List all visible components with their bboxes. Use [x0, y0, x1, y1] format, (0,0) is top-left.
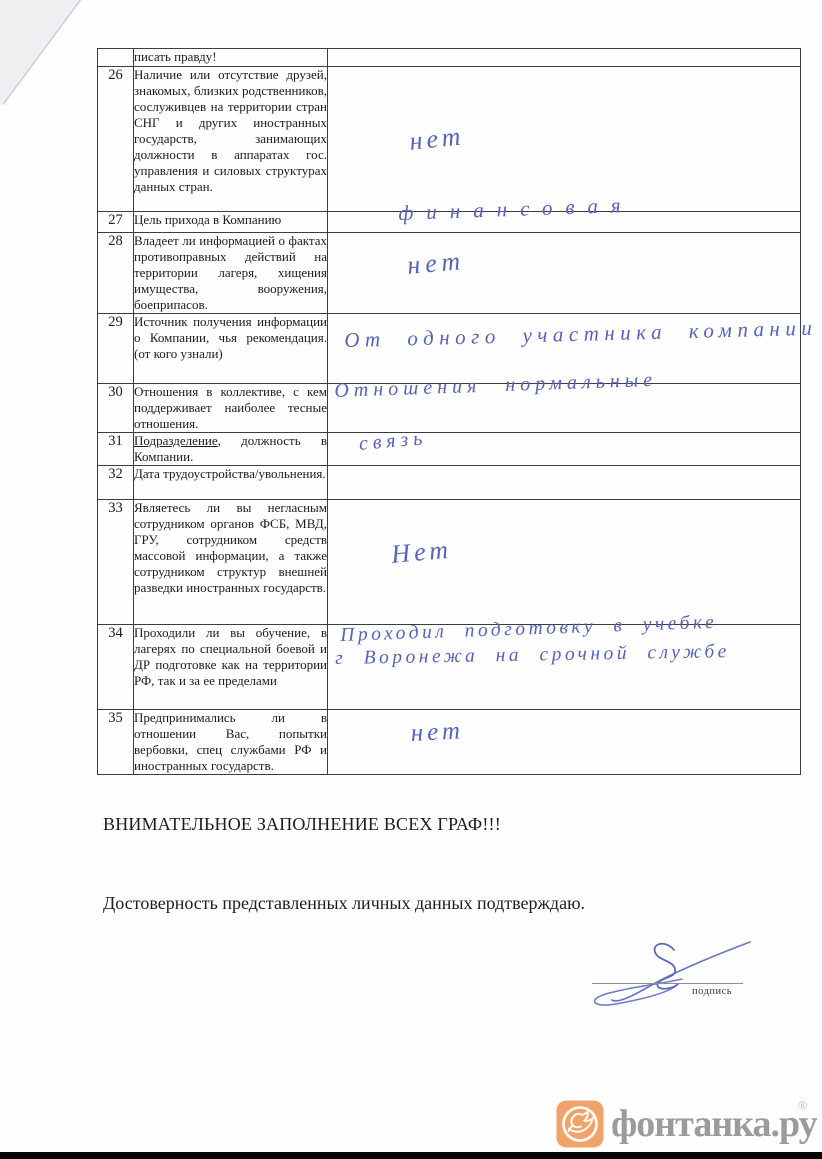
question-cell: Являетесь ли вы негласным сотрудником ор…	[134, 500, 328, 625]
handwritten-answer: нет	[408, 121, 466, 157]
confirmation-statement: Достоверность представленных личных данн…	[103, 893, 585, 914]
table-row: 33 Являетесь ли вы негласным сотрудником…	[98, 500, 801, 625]
question-cell: Проходили ли вы обучение, в лагерях по с…	[134, 625, 328, 710]
answer-cell: финансовая	[328, 212, 801, 233]
table-row: 30 Отношения в коллективе, с кем поддерж…	[98, 384, 801, 433]
table-row: 31 Подразделение, должность в Компании. …	[98, 433, 801, 466]
handwritten-answer: нет	[406, 246, 466, 281]
table-row: писать правду!	[98, 49, 801, 67]
row-number: 29	[98, 314, 134, 384]
answer-cell: нет	[328, 233, 801, 314]
table-row: 35 Предпринимались ли в отношении Вас, п…	[98, 710, 801, 775]
row-number: 31	[98, 433, 134, 466]
question-cell: Предпринимались ли в отношении Вас, попы…	[134, 710, 328, 775]
row-number: 27	[98, 212, 134, 233]
handwritten-answer: От одного участника компании	[344, 316, 818, 353]
table-row: 27 Цель прихода в Компанию финансовая	[98, 212, 801, 233]
row-number: 30	[98, 384, 134, 433]
questionnaire-table: писать правду! 26 Наличие или отсутствие…	[97, 48, 801, 775]
answer-cell: нет	[328, 67, 801, 212]
question-cell: Владеет ли информацией о фактах противоп…	[134, 233, 328, 314]
answer-cell: связь	[328, 433, 801, 466]
row-number: 33	[98, 500, 134, 625]
answer-cell: нет	[328, 710, 801, 775]
table-row: 32 Дата трудоустройства/увольнения.	[98, 466, 801, 500]
row-number: 35	[98, 710, 134, 775]
fontanka-logo-text: фонтанка.ру	[611, 1100, 817, 1148]
answer-cell: Нет	[328, 500, 801, 625]
signature-label: подпись	[692, 986, 732, 997]
row-number: 28	[98, 233, 134, 314]
handwritten-answer: г Воронежа на срочной службе	[335, 641, 730, 670]
row-number: 32	[98, 466, 134, 500]
handwritten-answer: нет	[410, 717, 465, 748]
table-row: 26 Наличие или отсутствие друзей, знаком…	[98, 67, 801, 212]
question-cell: Дата трудоустройства/увольнения.	[134, 466, 328, 500]
signature-ink	[578, 930, 758, 1012]
question-cell: писать правду!	[134, 49, 328, 67]
scan-edge-artifact	[0, 1152, 822, 1159]
question-cell: Источник получения информации о Компании…	[134, 314, 328, 384]
attention-note: ВНИМАТЕЛЬНОЕ ЗАПОЛНЕНИЕ ВСЕХ ГРАФ!!!	[103, 814, 501, 835]
table-row: 34 Проходили ли вы обучение, в лагерях п…	[98, 625, 801, 710]
question-cell: Подразделение, должность в Компании.	[134, 433, 328, 466]
answer-cell	[328, 49, 801, 67]
answer-cell	[328, 466, 801, 500]
fontanka-logo: фонтанка.ру ®	[556, 1100, 817, 1148]
handwritten-answer: связь	[358, 427, 428, 456]
table-row: 29 Источник получения информации о Компа…	[98, 314, 801, 384]
answer-cell: Отношения нормальные	[328, 384, 801, 433]
answer-cell: Проходил подготовку в учебке г Воронежа …	[328, 625, 801, 710]
row-number	[98, 49, 134, 67]
registered-trademark-symbol: ®	[798, 1098, 807, 1113]
handwritten-answer: Нет	[390, 535, 453, 570]
question-cell: Наличие или отсутствие друзей, знакомых,…	[134, 67, 328, 212]
swan-icon	[556, 1100, 604, 1148]
signature-line	[592, 983, 743, 984]
row-number: 34	[98, 625, 134, 710]
question-cell: Отношения в коллективе, с кем поддержива…	[134, 384, 328, 433]
question-underlined-term: Подразделение	[134, 433, 218, 448]
question-cell: Цель прихода в Компанию	[134, 212, 328, 233]
scanned-document-page: писать правду! 26 Наличие или отсутствие…	[0, 0, 822, 1159]
table-row: 28 Владеет ли информацией о фактах проти…	[98, 233, 801, 314]
row-number: 26	[98, 67, 134, 212]
